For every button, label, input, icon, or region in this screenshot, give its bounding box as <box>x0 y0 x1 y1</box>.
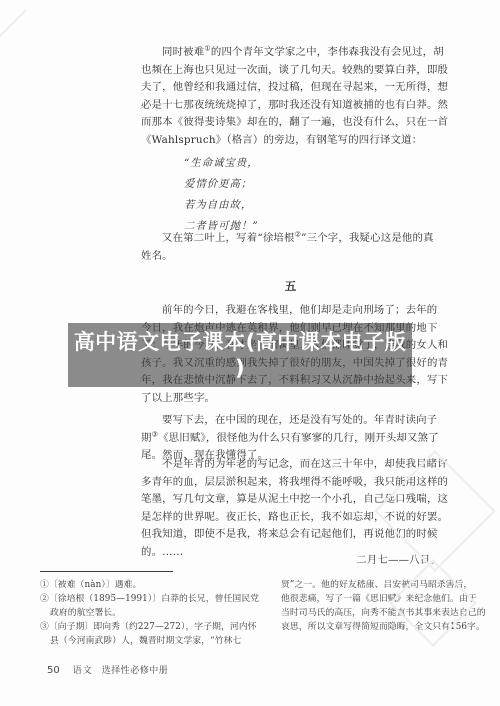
text-line: 夫了，他曾经和我通过信，投过稿，但现在寻起来，一无所得，想 <box>141 79 441 97</box>
watermark-shape <box>0 10 26 61</box>
date-line: 二月七——八日。 <box>141 552 441 570</box>
text-line: 前年的今日，我避在客栈里，他们却是走向刑场了；去年的 <box>141 302 441 320</box>
text-line: 若为自由故， <box>184 195 484 216</box>
text-line: 要写下去，在中国的现在，还是没有写处的。年青时读向子 <box>141 412 441 430</box>
overlay-banner[interactable]: 高中语文电子课本(高中课本电子版 ) <box>68 323 412 387</box>
text-line: 而那本《彼得斐诗集》却在的，翻了一遍，也没有什么，只在一首 <box>141 114 441 132</box>
text-line: 五 <box>141 278 441 296</box>
footnote-line: 政府的航空署长。 <box>40 606 278 620</box>
volume-label: 选择性必修中册 <box>102 666 169 676</box>
text-line: 爱情价更高； <box>184 174 484 195</box>
footnote-line: ③〔向子期〕即向秀（约227—272），字子期，河内怀 <box>40 620 278 634</box>
poem-block: “生命诚宝贵，爱情价更高；若为自由故，二者皆可抛！” <box>184 153 484 237</box>
text-line: 了以上那些字。 <box>141 390 441 408</box>
text-line: 期③《思旧赋》，很怪他为什么只有寥寥的几行，刚开头却又煞了 <box>141 430 441 448</box>
text-line: 不是年青的为年老的写记念，而在这三十年中，却使我目睹许 <box>141 456 441 474</box>
text-line: 同时被难①的四个青年文学家之中，李伟森我没有会见过，胡 <box>141 44 441 62</box>
page-footer: 50语文选择性必修中册 <box>47 658 168 677</box>
banner-title-line: 高中语文电子课本(高中课本电子版 <box>74 329 407 355</box>
section-heading: 五 <box>141 278 441 296</box>
text-line: 又在第二叶上，写着“徐培根②”三个字，我疑心这是他的真 <box>141 230 441 248</box>
text-line: 二月七——八日。 <box>141 552 441 570</box>
paragraph: 同时被难①的四个青年文学家之中，李伟森我没有会见过，胡也频在上海也只见过一次面，… <box>141 44 441 149</box>
footnote-line: ①〔被难（nàn）〕遇难。 <box>40 578 278 592</box>
footnote-line: ②〔徐培根（1895—1991）〕白莽的长兄，曾任国民党 <box>40 592 278 606</box>
textbook-page: 同时被难①的四个青年文学家之中，李伟森我没有会见过，胡也频在上海也只见过一次面，… <box>0 0 500 706</box>
footnote-line: 县（今河南武陟）人，魏晋时期文学家，“竹林七 <box>40 634 278 648</box>
text-line: 《Wahlspruch》（格言）的旁边，有钢笔写的四行译文道： <box>141 132 441 150</box>
text-line: “生命诚宝贵， <box>184 153 484 174</box>
page-number: 50 <box>47 665 60 676</box>
banner-title-line: ) <box>235 355 245 381</box>
text-line: 也频在上海也只见过一次面，谈了几句天。较熟的要算白莽，即殷 <box>141 62 441 80</box>
footnotes-left-column: ①〔被难（nàn）〕遇难。②〔徐培根（1895—1991）〕白莽的长兄，曾任国民… <box>40 578 278 648</box>
paragraph: 又在第二叶上，写着“徐培根②”三个字，我疑心这是他的真姓名。 <box>141 230 441 265</box>
text-line: 姓名。 <box>141 248 441 266</box>
footnote-divider <box>40 571 173 572</box>
subject-label: 语文 <box>73 666 93 676</box>
text-line: 必是十七那夜统统烧掉了，那时我还没有知道被捕的也有白莽。然 <box>141 97 441 115</box>
